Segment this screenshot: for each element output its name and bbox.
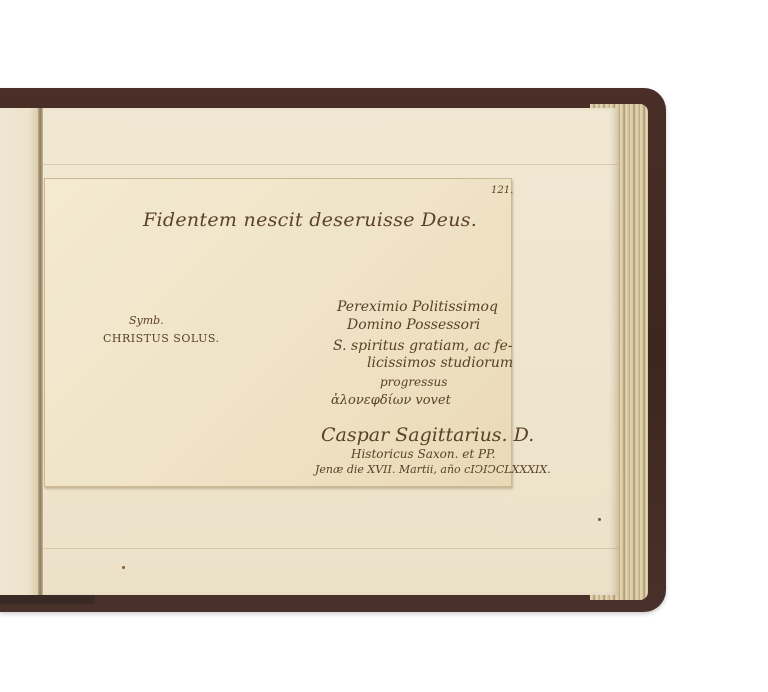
date-line: Jenæ die XVII. Martii, año cIↃIↃCLXXXIX. xyxy=(315,463,551,476)
dedication-line: ἀλονεφδίων vovet xyxy=(331,393,451,408)
dedication-line: licissimos studiorum xyxy=(367,355,513,371)
foxing-spot xyxy=(122,566,125,569)
foxing-spot xyxy=(598,518,601,521)
motto: Fidentem nescit deseruisse Deus. xyxy=(143,209,477,231)
folio-number: 121. xyxy=(491,185,513,196)
show-through-line xyxy=(43,164,618,165)
pasted-card: 121. Fidentem nescit deseruisse Deus. Sy… xyxy=(44,178,512,487)
dedication-line: Domino Possessori xyxy=(347,317,480,333)
dedication-line: S. spiritus gratiam, ac fe- xyxy=(333,338,513,354)
book-gutter xyxy=(38,108,43,595)
symbol-label: Symb. xyxy=(129,314,164,327)
show-through-line xyxy=(43,548,618,549)
signature-title: Historicus Saxon. et PP. xyxy=(351,447,496,461)
left-page xyxy=(0,108,40,595)
dedication-line: progressus xyxy=(380,375,447,389)
symbol-text: CHRISTUS SOLUS. xyxy=(103,332,219,345)
signature: Caspar Sagittarius. D. xyxy=(321,424,534,446)
dedication-line: Pereximio Politissimoq xyxy=(337,299,498,315)
